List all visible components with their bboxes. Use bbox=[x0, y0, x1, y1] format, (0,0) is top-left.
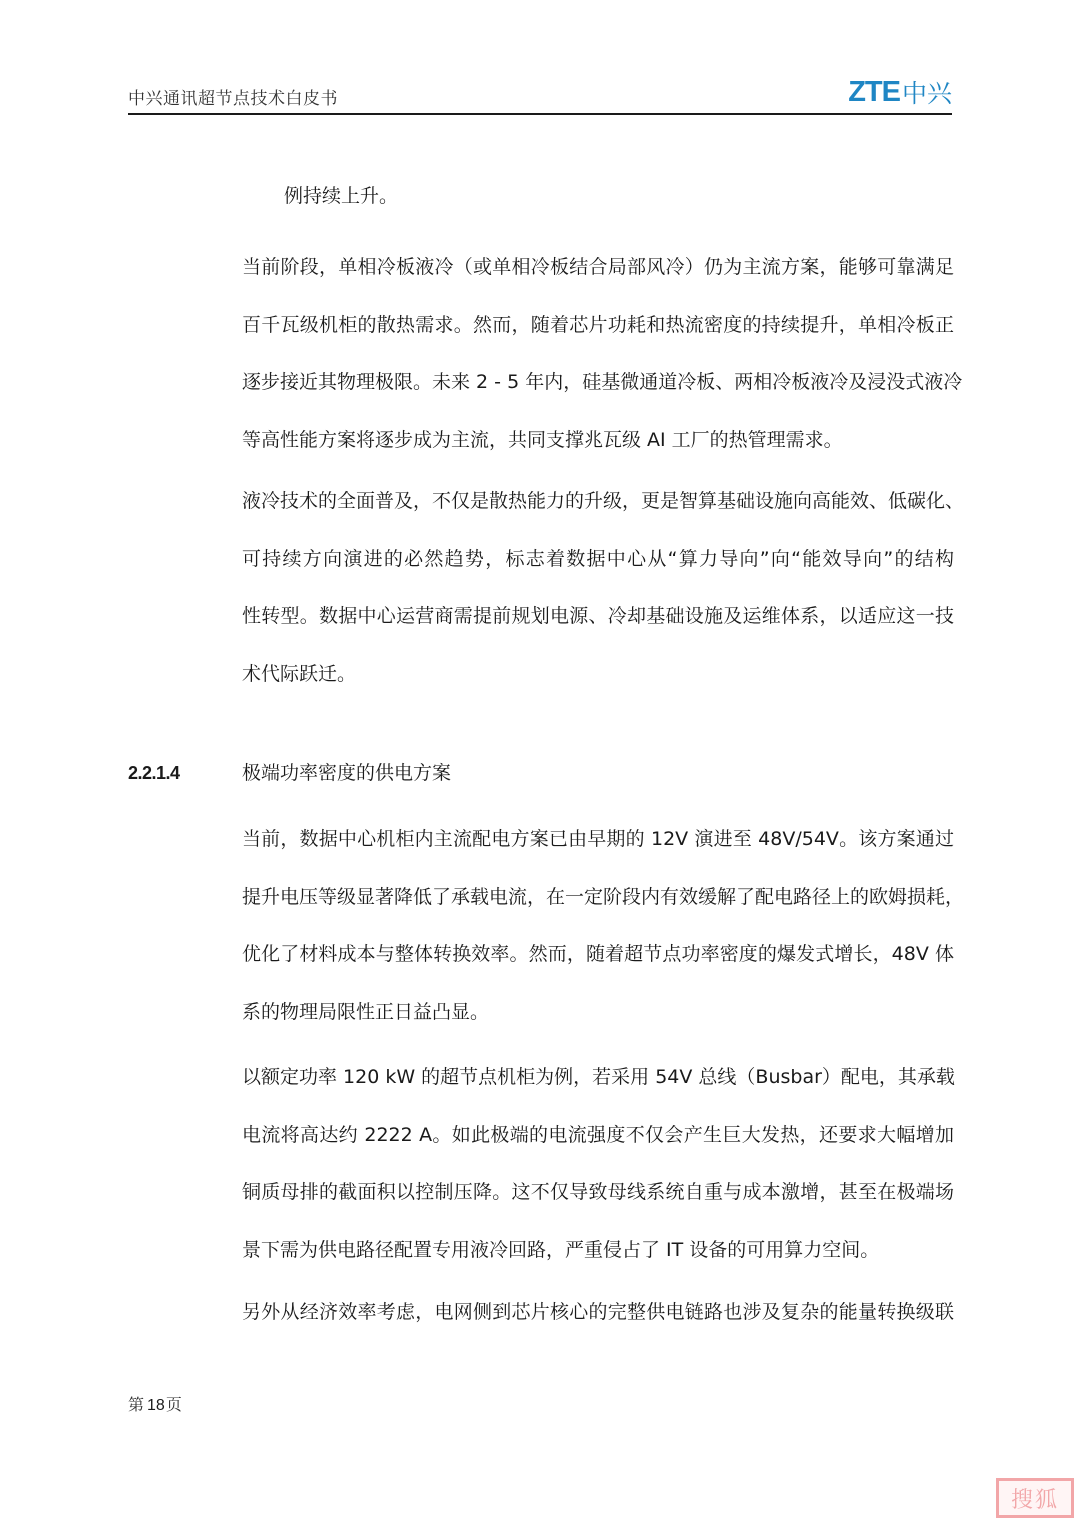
watermark-seal: 搜狐 bbox=[996, 1478, 1074, 1518]
logo-chinese: 中兴 bbox=[902, 74, 952, 110]
text-line: 液冷技术的全面普及，不仅是散热能力的升级，更是智算基础设施向高能效、低碳化、 bbox=[242, 473, 954, 531]
text-line: 铜质母排的截面积以控制压降。这不仅导致母线系统自重与成本激增，甚至在极端场 bbox=[242, 1164, 954, 1222]
text-line: 逐步接近其物理极限。未来 2 - 5 年内，硅基微通道冷板、两相冷板液冷及浸没式… bbox=[242, 354, 954, 412]
section-title: 极端功率密度的供电方案 bbox=[242, 758, 451, 785]
page-prefix: 第 bbox=[128, 1395, 144, 1414]
text-line: 性转型。数据中心运营商需提前规划电源、冷却基础设施及运维体系，以适应这一技 bbox=[242, 588, 954, 646]
text-line: 景下需为供电路径配置专用液冷回路，严重侵占了 IT 设备的可用算力空间。 bbox=[242, 1222, 954, 1280]
page-suffix: 页 bbox=[166, 1395, 182, 1414]
text-line: 百千瓦级机柜的散热需求。然而，随着芯片功耗和热流密度的持续提升，单相冷板正 bbox=[242, 297, 954, 355]
text-line: 术代际跃迁。 bbox=[242, 646, 954, 704]
text-line: 以额定功率 120 kW 的超节点机柜为例，若采用 54V 总线（Busbar）… bbox=[242, 1049, 954, 1107]
section-heading: 2.2.1.4 极端功率密度的供电方案 bbox=[128, 758, 451, 785]
page-number-value: 18 bbox=[147, 1397, 165, 1414]
text-line: 系的物理局限性正日益凸显。 bbox=[242, 984, 954, 1042]
paragraph-power-distribution: 当前，数据中心机柜内主流配电方案已由早期的 12V 演进至 48V/54V。该方… bbox=[242, 811, 954, 1041]
text-line: 当前阶段，单相冷板液冷（或单相冷板结合局部风冷）仍为主流方案，能够可靠满足 bbox=[242, 239, 954, 297]
text-line: 等高性能方案将逐步成为主流，共同支撑兆瓦级 AI 工厂的热管理需求。 bbox=[242, 412, 954, 470]
logo-latin: ZTE bbox=[848, 76, 900, 109]
page-number: 第18页 bbox=[128, 1392, 182, 1415]
text-line: 优化了材料成本与整体转换效率。然而，随着超节点功率密度的爆发式增长，48V 体 bbox=[242, 926, 954, 984]
paragraph-busbar-example: 以额定功率 120 kW 的超节点机柜为例，若采用 54V 总线（Busbar）… bbox=[242, 1049, 954, 1279]
text-line: 电流将高达约 2222 A。如此极端的电流强度不仅会产生巨大发热，还要求大幅增加 bbox=[242, 1107, 954, 1165]
paragraph-economic-efficiency: 另外从经济效率考虑，电网侧到芯片核心的完整供电链路也涉及复杂的能量转换级联 bbox=[242, 1284, 954, 1342]
text-line: 可持续方向演进的必然趋势，标志着数据中心从“算力导向”向“能效导向”的结构 bbox=[242, 531, 954, 589]
paragraph-liquid-cooling-trend: 液冷技术的全面普及，不仅是散热能力的升级，更是智算基础设施向高能效、低碳化、 可… bbox=[242, 473, 954, 703]
text-line: 例持续上升。 bbox=[242, 168, 954, 226]
header-divider bbox=[128, 113, 952, 115]
text-line: 当前，数据中心机柜内主流配电方案已由早期的 12V 演进至 48V/54V。该方… bbox=[242, 811, 954, 869]
text-line: 提升电压等级显著降低了承载电流，在一定阶段内有效缓解了配电路径上的欧姆损耗， bbox=[242, 869, 954, 927]
section-number: 2.2.1.4 bbox=[128, 763, 242, 784]
paragraph-continuation: 例持续上升。 bbox=[242, 168, 954, 226]
text-line: 另外从经济效率考虑，电网侧到芯片核心的完整供电链路也涉及复杂的能量转换级联 bbox=[242, 1284, 954, 1342]
watermark-text: 搜狐 bbox=[1011, 1483, 1059, 1514]
document-title: 中兴通讯超节点技术白皮书 bbox=[128, 84, 338, 109]
paragraph-cooling-status: 当前阶段，单相冷板液冷（或单相冷板结合局部风冷）仍为主流方案，能够可靠满足 百千… bbox=[242, 239, 954, 469]
zte-logo: ZTE 中兴 bbox=[848, 74, 952, 110]
